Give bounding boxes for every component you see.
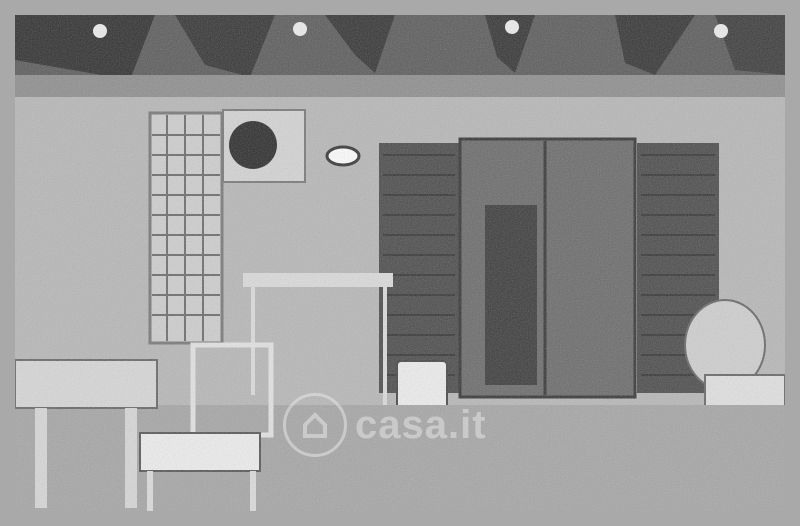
house-in-circle-icon — [283, 393, 347, 457]
watermark-text: casa.it — [355, 403, 487, 448]
property-photo: casa.it — [15, 15, 785, 511]
watermark: casa.it — [283, 393, 487, 457]
